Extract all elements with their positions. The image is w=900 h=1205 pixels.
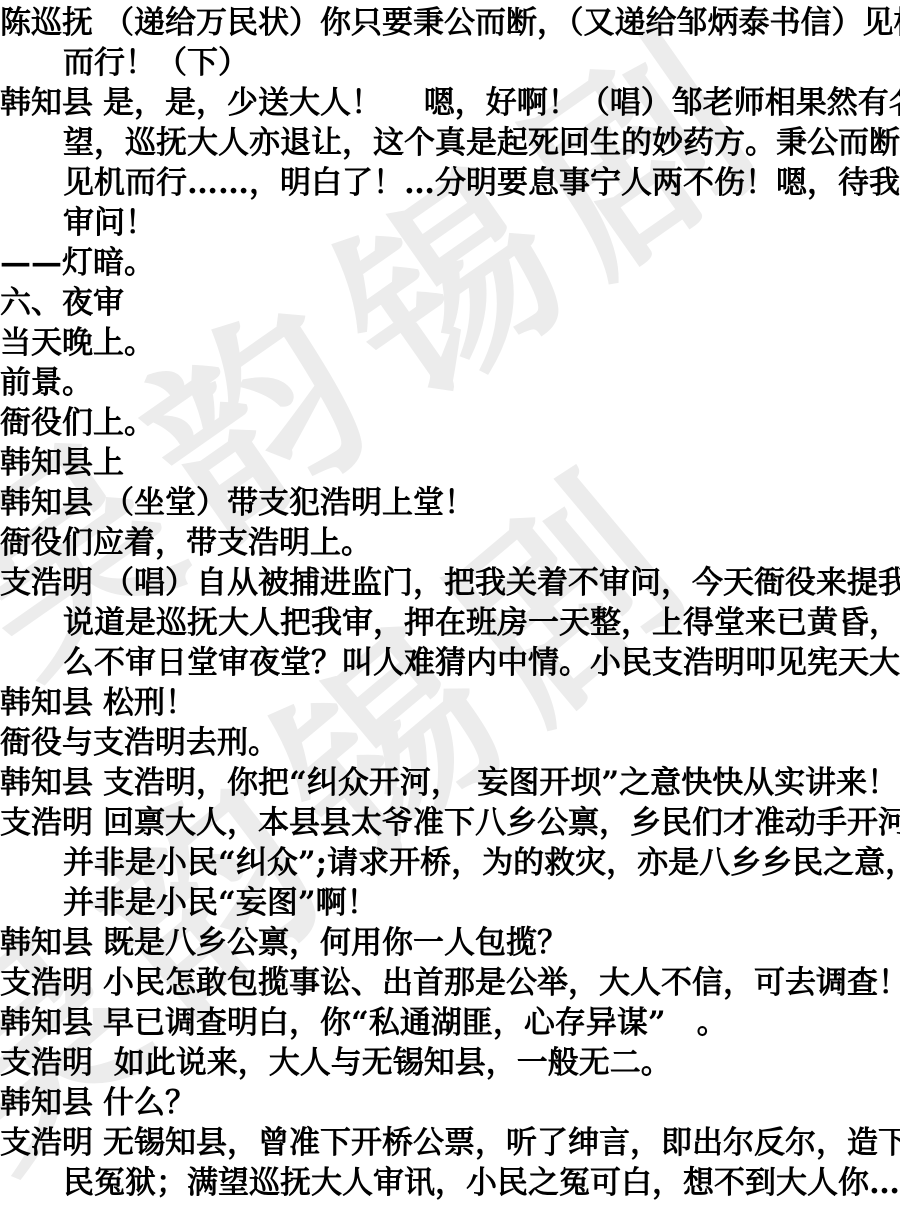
- script-line: 并非是小民“妄图”啊！: [0, 883, 900, 923]
- script-line: 六、夜审: [0, 283, 900, 323]
- line-text: ——灯暗。: [0, 245, 155, 281]
- speaker-name: 支浩明: [0, 963, 103, 1003]
- speaker-name: 陈巡抚: [0, 3, 103, 43]
- script-line: 韩知县松刑！: [0, 683, 900, 723]
- script-line: 支浩明回禀大人，本县县太爷准下八乡公禀，乡民们才准动手开河，: [0, 803, 900, 843]
- line-text: （递给万民状）你只要秉公而断，（又递给邹炳泰书信）见机: [103, 5, 900, 41]
- line-text: 衙役与支浩明去刑。: [0, 725, 279, 761]
- line-text: 无锡知县，曾准下开桥公票，听了绅言，即出尔反尔，造下小: [103, 1125, 900, 1161]
- speaker-name: 支浩明: [0, 1123, 103, 1163]
- line-text: 审问！: [63, 205, 156, 241]
- line-text: 当天晚上。: [0, 325, 155, 361]
- script-line: 支浩明 如此说来，大人与无锡知县，一般无二。: [0, 1043, 900, 1083]
- script-line: 陈巡抚（递给万民状）你只要秉公而断，（又递给邹炳泰书信）见机: [0, 3, 900, 43]
- line-text: 衙役们上。: [0, 405, 155, 441]
- speaker-name: 韩知县: [0, 83, 103, 123]
- line-text: 支浩明，你把“纠众开河， 妄图开坝”之意快快从实讲来！: [103, 765, 898, 801]
- line-text: 既是八乡公禀，何用你一人包揽？: [103, 925, 568, 961]
- line-text: 韩知县上: [0, 445, 124, 481]
- line-text: 并非是小民“纠众”;请求开桥，为的救灾，亦是八乡乡民之意，: [63, 845, 900, 881]
- script-page: 吴韵锡剧 吴韵锡剧 陈巡抚（递给万民状）你只要秉公而断，（又递给邹炳泰书信）见机…: [0, 0, 900, 1205]
- line-text: 松刑！: [103, 685, 196, 721]
- speaker-name: 韩知县: [0, 1003, 103, 1043]
- script-line: 民冤狱；满望巡抚大人审讯，小民之冤可白，想不到大人你……: [0, 1163, 900, 1203]
- script-line: 么不审日堂审夜堂？叫人难猜内中情。小民支浩明叩见宪天大人！: [0, 643, 900, 683]
- speaker-name: 韩知县: [0, 923, 103, 963]
- line-text: 什么？: [103, 1085, 196, 1121]
- script-line: 韩知县支浩明，你把“纠众开河， 妄图开坝”之意快快从实讲来！: [0, 763, 900, 803]
- line-text: 是，是，少送大人！ 嗯，好啊！（唱）邹老师相果然有名: [103, 85, 900, 121]
- speaker-name: 韩知县: [0, 1083, 103, 1123]
- line-text: 么不审日堂审夜堂？叫人难猜内中情。小民支浩明叩见宪天大人！: [63, 645, 900, 681]
- line-text: 如此说来，大人与无锡知县，一般无二。: [103, 1045, 672, 1081]
- line-text: （坐堂）带支犯浩明上堂！: [103, 485, 475, 521]
- script-line: 衙役与支浩明去刑。: [0, 723, 900, 763]
- script-line: 韩知县什么？: [0, 1083, 900, 1123]
- line-text: 前景。: [0, 365, 93, 401]
- script-line: ——灯暗。: [0, 243, 900, 283]
- line-text: 回禀大人，本县县太爷准下八乡公禀，乡民们才准动手开河，: [103, 805, 900, 841]
- script-line: 望，巡抚大人亦退让，这个真是起死回生的妙药方。秉公而断……: [0, 123, 900, 163]
- speaker-name: 支浩明: [0, 563, 103, 603]
- speaker-name: 支浩明: [0, 1043, 103, 1083]
- script-line: 当天晚上。: [0, 323, 900, 363]
- script-line: 前景。: [0, 363, 900, 403]
- script-content: 陈巡抚（递给万民状）你只要秉公而断，（又递给邹炳泰书信）见机而行！（下）韩知县是…: [0, 0, 900, 1203]
- line-text: 小民怎敢包揽事讼、出首那是公举，大人不信，可去调查！: [103, 965, 900, 1001]
- line-text: 而行！（下）: [63, 45, 249, 81]
- script-line: 韩知县上: [0, 443, 900, 483]
- script-line: 支浩明小民怎敢包揽事讼、出首那是公举，大人不信，可去调查！: [0, 963, 900, 1003]
- script-line: 说道是巡抚大人把我审，押在班房一天整，上得堂来已黄昏，为什: [0, 603, 900, 643]
- speaker-name: 支浩明: [0, 803, 103, 843]
- line-text: 六、夜审: [0, 285, 124, 321]
- line-text: （唱）自从被捕进监门，把我关着不审问，今天衙役来提我，: [103, 565, 900, 601]
- line-text: 见机而行……，明白了！…分明要息事宁人两不伤！嗯，待我晚上: [63, 165, 900, 201]
- script-line: 韩知县早已调查明白，你“私通湖匪，心存异谋” 。: [0, 1003, 900, 1043]
- script-line: 衙役们应着，带支浩明上。: [0, 523, 900, 563]
- script-line: 审问！: [0, 203, 900, 243]
- line-text: 说道是巡抚大人把我审，押在班房一天整，上得堂来已黄昏，为什: [63, 605, 900, 641]
- script-line: 韩知县（坐堂）带支犯浩明上堂！: [0, 483, 900, 523]
- speaker-name: 韩知县: [0, 763, 103, 803]
- line-text: 并非是小民“妄图”啊！: [63, 885, 378, 921]
- line-text: 早已调查明白，你“私通湖匪，心存异谋” 。: [103, 1005, 728, 1041]
- script-line: 支浩明（唱）自从被捕进监门，把我关着不审问，今天衙役来提我，: [0, 563, 900, 603]
- speaker-name: 韩知县: [0, 483, 103, 523]
- script-line: 支浩明无锡知县，曾准下开桥公票，听了绅言，即出尔反尔，造下小: [0, 1123, 900, 1163]
- line-text: 民冤狱；满望巡抚大人审讯，小民之冤可白，想不到大人你……: [63, 1165, 900, 1201]
- script-line: 韩知县是，是，少送大人！ 嗯，好啊！（唱）邹老师相果然有名: [0, 83, 900, 123]
- line-text: 衙役们应着，带支浩明上。: [0, 525, 372, 561]
- script-line: 韩知县既是八乡公禀，何用你一人包揽？: [0, 923, 900, 963]
- speaker-name: 韩知县: [0, 683, 103, 723]
- script-line: 而行！（下）: [0, 43, 900, 83]
- script-line: 见机而行……，明白了！…分明要息事宁人两不伤！嗯，待我晚上: [0, 163, 900, 203]
- script-line: 并非是小民“纠众”;请求开桥，为的救灾，亦是八乡乡民之意，: [0, 843, 900, 883]
- line-text: 望，巡抚大人亦退让，这个真是起死回生的妙药方。秉公而断……: [63, 125, 900, 161]
- script-line: 衙役们上。: [0, 403, 900, 443]
